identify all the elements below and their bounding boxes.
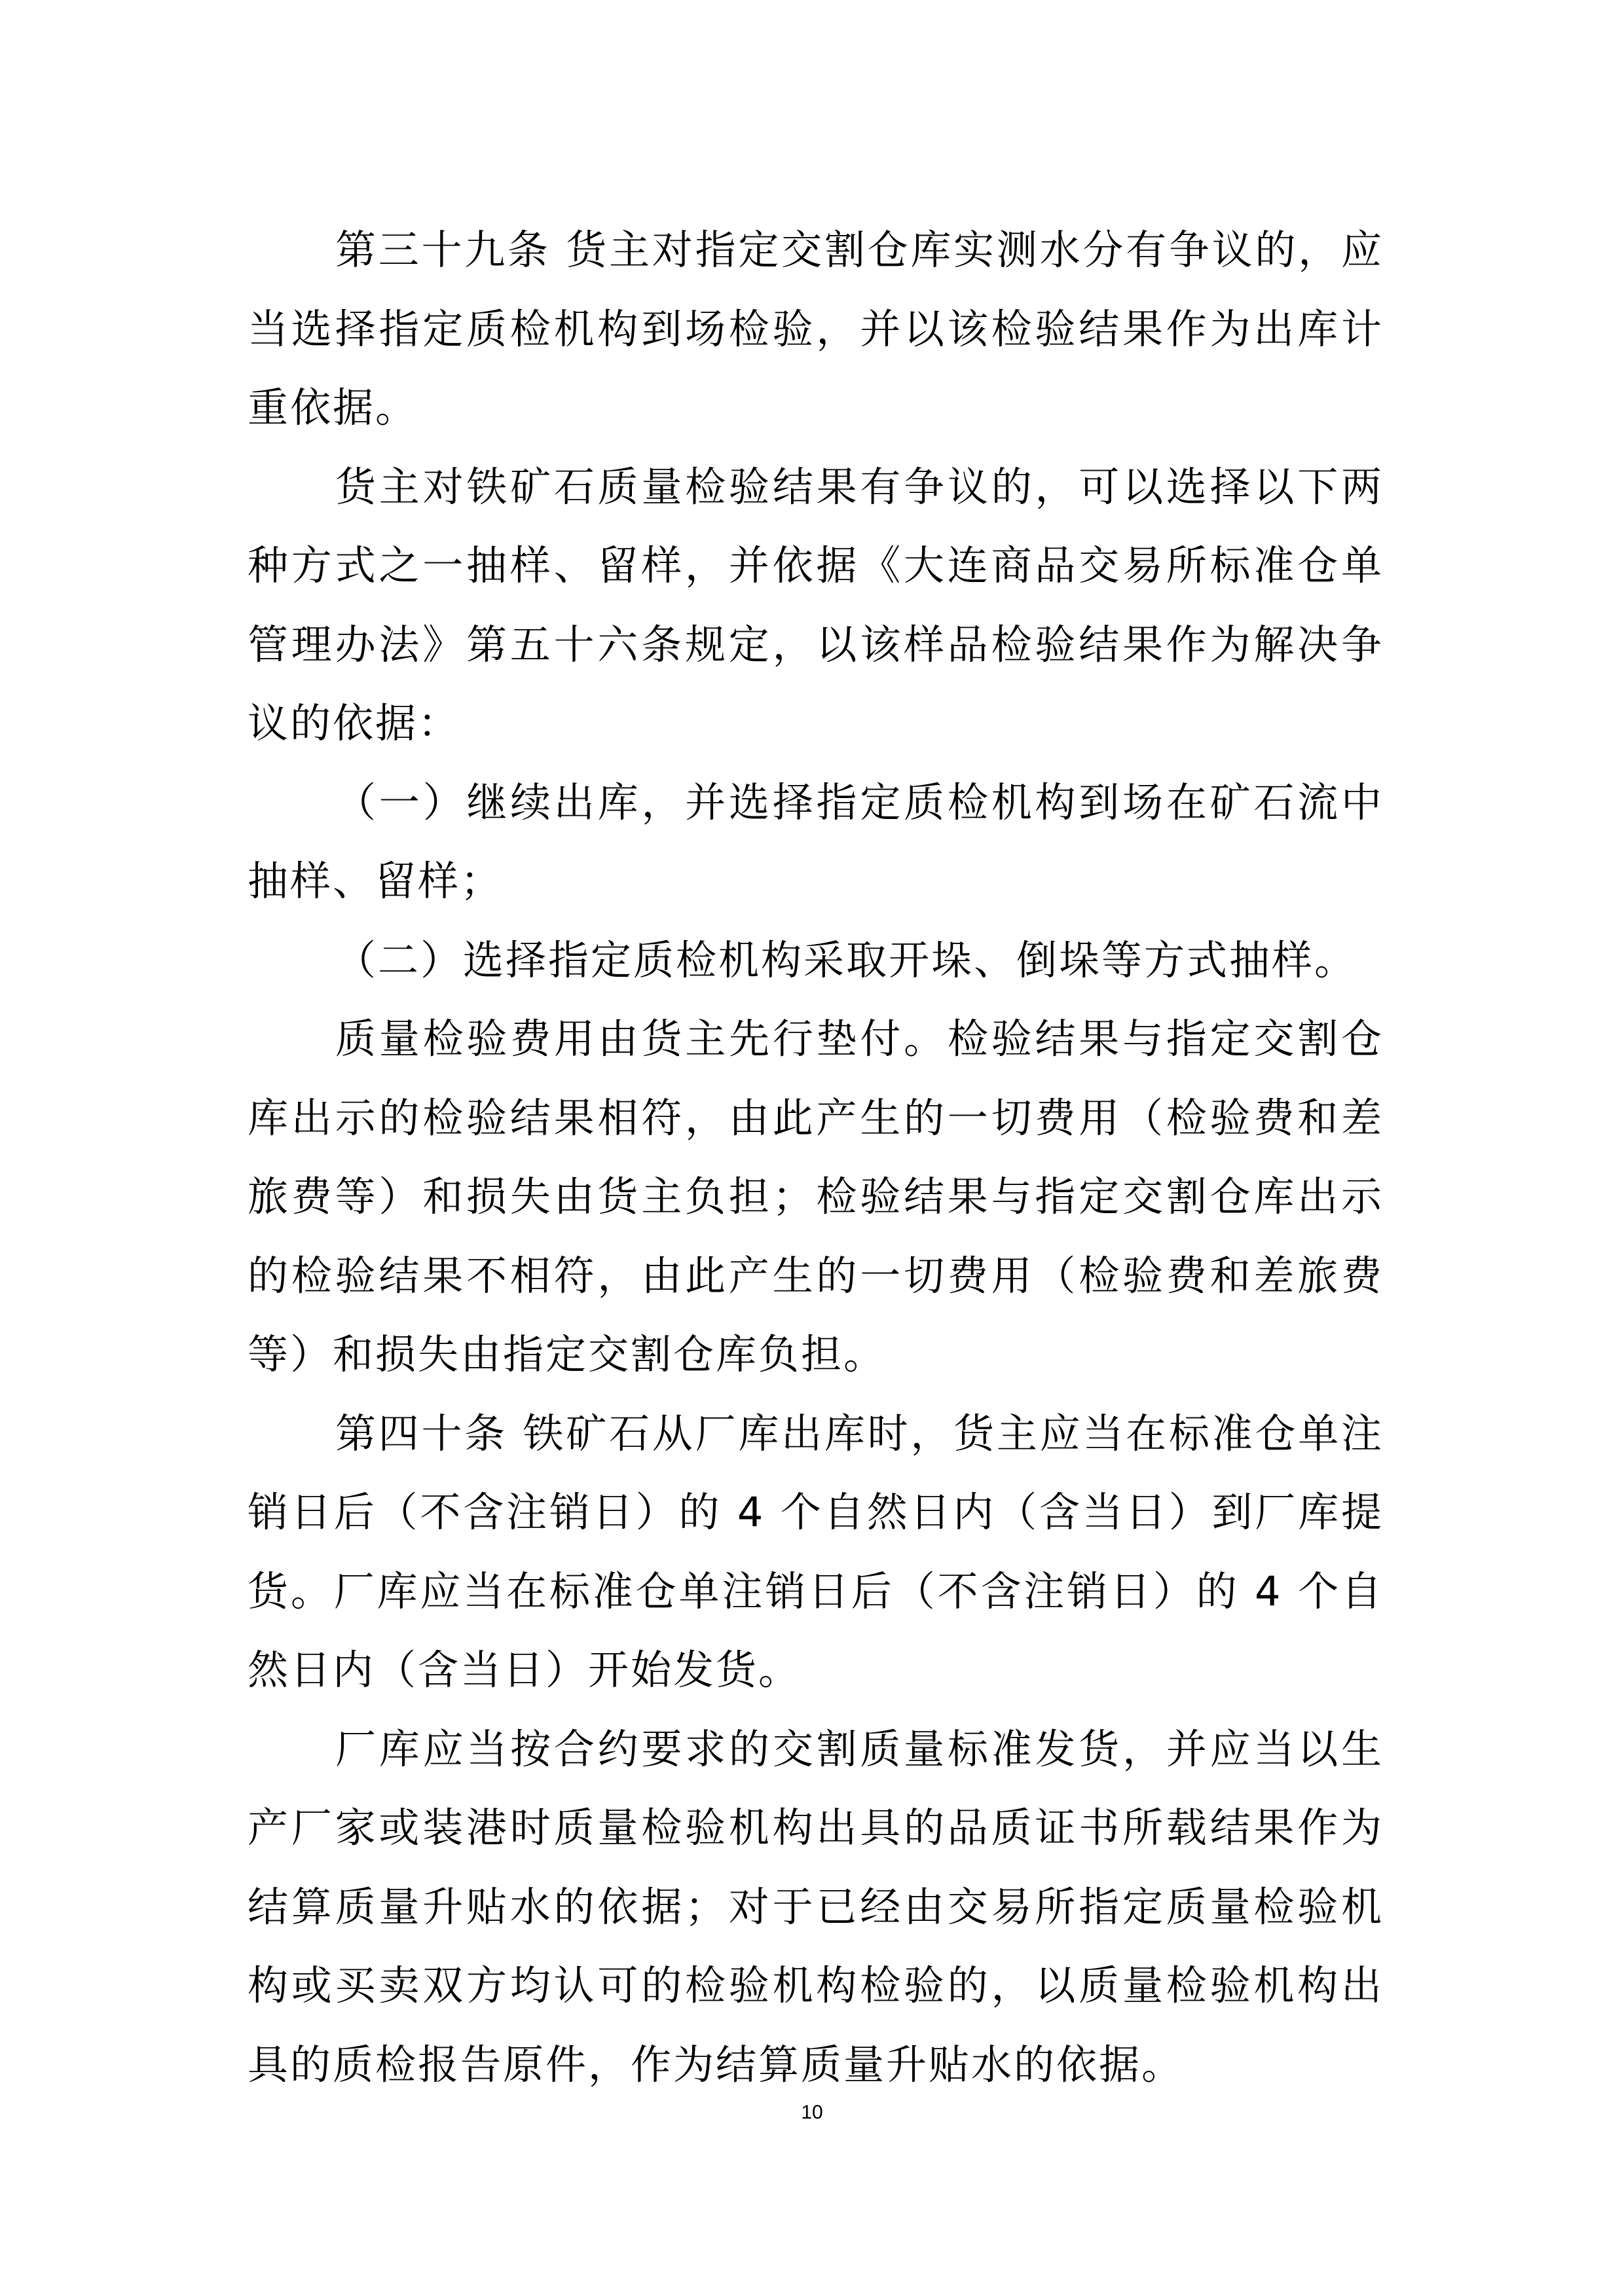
option-two-paragraph: （二）选择指定质检机构采取开垛、倒垛等方式抽样。 <box>248 921 1384 1000</box>
document-body: 第三十九条 货主对指定交割仓库实测水分有争议的，应当选择指定质检机构到场检验，并… <box>248 211 1384 2104</box>
page-number: 10 <box>0 2102 1624 2124</box>
option-one-paragraph: （一）继续出库，并选择指定质检机构到场在矿石流中抽样、留样； <box>248 763 1384 921</box>
dispute-paragraph: 货主对铁矿石质量检验结果有争议的，可以选择以下两种方式之一抽样、留样，并依据《大… <box>248 448 1384 763</box>
quality-standard-paragraph: 厂库应当按合约要求的交割质量标准发货，并应当以生产厂家或装港时质量检验机构出具的… <box>248 1710 1384 2105</box>
article-39-paragraph: 第三十九条 货主对指定交割仓库实测水分有争议的，应当选择指定质检机构到场检验，并… <box>248 211 1384 448</box>
article-40-paragraph: 第四十条 铁矿石从厂库出库时，货主应当在标准仓单注销日后（不含注销日）的 4 个… <box>248 1394 1384 1710</box>
inspection-fee-paragraph: 质量检验费用由货主先行垫付。检验结果与指定交割仓库出示的检验结果相符，由此产生的… <box>248 1000 1384 1394</box>
